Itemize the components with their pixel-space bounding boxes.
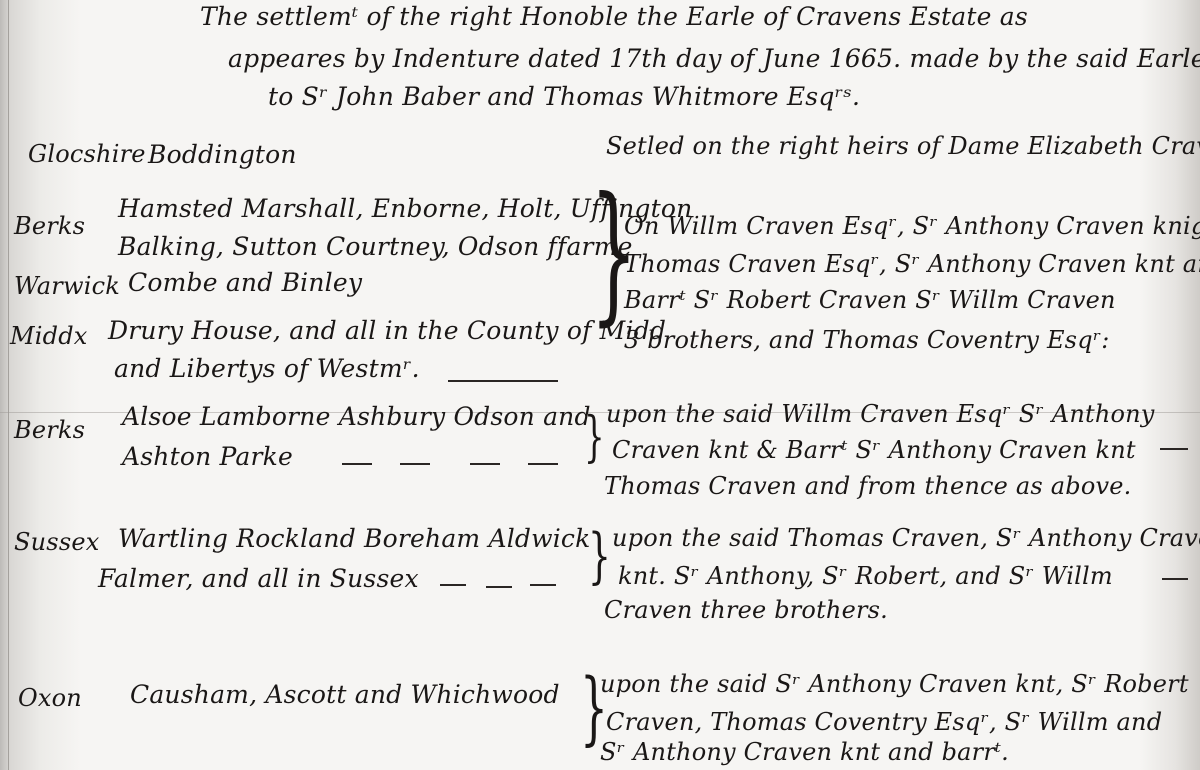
settlement-line: upon the said Willm Craven Esqʳ Sʳ Antho… (606, 400, 1155, 428)
place-line: Causham, Ascott and Whichwood (130, 680, 560, 709)
settlement-line: 3 brothers, and Thomas Coventry Esqʳ: (624, 326, 1110, 354)
place-line: Combe and Binley (128, 268, 362, 297)
place-line: Boddington (148, 140, 297, 169)
heading-line-2: appeares by Indenture dated 17th day of … (228, 44, 1200, 73)
settlement-line: upon the said Thomas Craven, Sʳ Anthony … (612, 524, 1200, 552)
brace-icon: } (588, 526, 611, 586)
county-label: Glocshire (28, 140, 146, 168)
flourish-line (448, 380, 558, 382)
dash-filler (342, 463, 372, 465)
place-line: Ashton Parke (122, 442, 293, 471)
manuscript-page: The settlemᵗ of the right Honoble the Ea… (0, 0, 1200, 770)
county-label: Berks (14, 416, 85, 444)
county-label: Warwick (14, 272, 120, 300)
county-label: Middx (10, 322, 88, 350)
settlement-line: upon the said Sʳ Anthony Craven knt, Sʳ … (600, 670, 1189, 698)
dash-filler (400, 463, 430, 465)
dash-filler (470, 463, 500, 465)
place-line: Wartling Rockland Boreham Aldwick (118, 524, 590, 553)
settlement-line: Thomas Craven Esqʳ, Sʳ Anthony Craven kn… (624, 250, 1200, 278)
settlement-line: Craven knt & Barrᵗ Sʳ Anthony Craven knt (612, 436, 1136, 464)
settlement-line: knt. Sʳ Anthony, Sʳ Robert, and Sʳ Willm (618, 562, 1113, 590)
settlement-line: Craven, Thomas Coventry Esqʳ, Sʳ Willm a… (606, 708, 1162, 736)
heading-line-1: The settlemᵗ of the right Honoble the Ea… (200, 2, 1028, 31)
settlement-line: Sʳ Anthony Craven knt and barrᵗ. (600, 738, 1009, 766)
place-line: Falmer, and all in Sussex (98, 564, 419, 593)
county-label: Sussex (14, 528, 99, 556)
settlement-line: Craven three brothers. (604, 596, 888, 624)
heading-line-3: to Sʳ John Baber and Thomas Whitmore Esq… (268, 82, 860, 111)
dash-filler (1160, 448, 1188, 450)
settlement-line: On Willm Craven Esqʳ, Sʳ Anthony Craven … (624, 212, 1200, 240)
dash-filler (530, 584, 556, 586)
settlement-line: Thomas Craven and from thence as above. (604, 472, 1131, 500)
settlement-line: Setled on the right heirs of Dame Elizab… (606, 132, 1200, 160)
dash-filler (1162, 578, 1188, 580)
place-line: and Libertys of Westmʳ. (114, 354, 420, 383)
settlement-line: Barrᵗ Sʳ Robert Craven Sʳ Willm Craven (624, 286, 1116, 314)
place-line: Alsoe Lamborne Ashbury Odson and (122, 402, 591, 431)
dash-filler (486, 586, 512, 588)
dash-filler (528, 463, 558, 465)
place-line: Drury House, and all in the County of Mi… (108, 316, 666, 345)
brace-icon: } (584, 410, 605, 464)
county-label: Oxon (18, 684, 82, 712)
margin-rule (8, 0, 9, 770)
county-label: Berks (14, 212, 85, 240)
dash-filler (440, 584, 466, 586)
place-line: Balking, Sutton Courtney, Odson ffarme (118, 232, 633, 261)
